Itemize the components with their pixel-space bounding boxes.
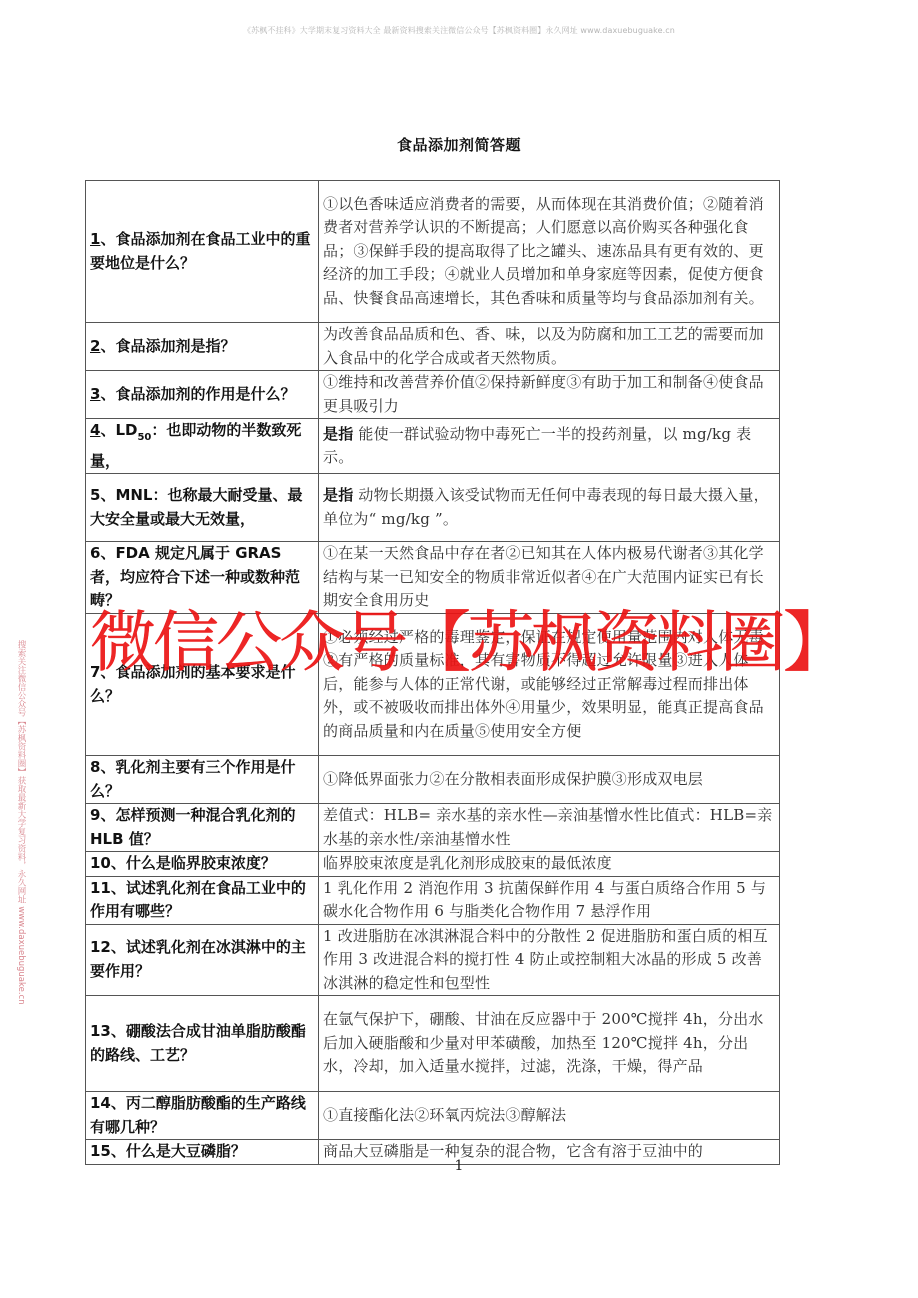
table-row: 10、什么是临界胶束浓度？ 临界胶束浓度是乳化剂形成胶束的最低浓度 xyxy=(86,852,780,877)
question-number: 7 xyxy=(90,663,100,681)
answer-cell: 是指 动物长期摄入该受试物而无任何中毒表现的每日最大摄入量，单位为“ mg/kg… xyxy=(319,474,780,542)
answer-cell: ①直接酯化法②环氧丙烷法③醇解法 xyxy=(319,1092,780,1140)
table-row: 14、丙二醇脂肪酸酯的生产路线有哪几种？ ①直接酯化法②环氧丙烷法③醇解法 xyxy=(86,1092,780,1140)
document-title: 食品添加剂简答题 xyxy=(0,134,918,155)
question-text: 、试述乳化剂在冰淇淋中的主要作用？ xyxy=(90,938,306,980)
table-row: 12、试述乳化剂在冰淇淋中的主要作用？ 1 改进脂肪在冰淇淋混合料中的分散性 2… xyxy=(86,924,780,996)
question-cell: 4、LD50：也即动物的半数致死量， xyxy=(86,419,319,474)
question-text: 、乳化剂主要有三个作用是什么？ xyxy=(90,758,295,800)
question-cell: 8、乳化剂主要有三个作用是什么？ xyxy=(86,756,319,804)
question-text: 、FDA 规定凡属于 GRAS 者，均应符合下述一种或数种范畴？ xyxy=(90,544,300,609)
table-row: 9、怎样预测一种混合乳化剂的 HLB 值？ 差值式：HLB= 亲水基的亲水性—亲… xyxy=(86,804,780,852)
table-row: 8、乳化剂主要有三个作用是什么？ ①降低界面张力②在分散相表面形成保护膜③形成双… xyxy=(86,756,780,804)
question-text: 、怎样预测一种混合乳化剂的 HLB 值？ xyxy=(90,806,295,848)
question-cell: 13、硼酸法合成甘油单脂肪酸酯的路线、工艺？ xyxy=(86,996,319,1092)
question-text: 、硼酸法合成甘油单脂肪酸酯的路线、工艺？ xyxy=(90,1022,306,1064)
answer-cell: 为改善食品品质和色、香、味，以及为防腐和加工工艺的需要而加入食品中的化学合成或者… xyxy=(319,323,780,371)
question-text: 、丙二醇脂肪酸酯的生产路线有哪几种？ xyxy=(90,1094,306,1136)
question-cell: 9、怎样预测一种混合乳化剂的 HLB 值？ xyxy=(86,804,319,852)
question-text: 、食品添加剂的作用是什么？ xyxy=(100,385,295,403)
answer-cell: ①必须经过严格的毒理鉴定，保证在规定使用量范围内对人体无毒②有严格的质量标准，其… xyxy=(319,614,780,756)
table-row: 5、MNL：也称最大耐受量、最大安全量或最大无效量， 是指 动物长期摄入该受试物… xyxy=(86,474,780,542)
answer-cell: 1 改进脂肪在冰淇淋混合料中的分散性 2 促进脂肪和蛋白质的相互作用 3 改进混… xyxy=(319,924,780,996)
answer-text: 能使一群试验动物中毒死亡一半的投药剂量，以 mg/kg 表示。 xyxy=(323,425,751,467)
question-text: 、MNL：也称最大耐受量、最大安全量或最大无效量， xyxy=(90,486,302,528)
question-cell: 11、试述乳化剂在食品工业中的作用有哪些？ xyxy=(86,876,319,924)
page-number: 1 xyxy=(0,1158,918,1174)
answer-cell: 1 乳化作用 2 消泡作用 3 抗菌保鲜作用 4 与蛋白质络合作用 5 与碳水化… xyxy=(319,876,780,924)
question-number: 5 xyxy=(90,486,100,504)
question-cell: 12、试述乳化剂在冰淇淋中的主要作用？ xyxy=(86,924,319,996)
question-number: 12 xyxy=(90,938,111,956)
question-number: 9 xyxy=(90,806,100,824)
answer-lead: 是指 xyxy=(323,486,353,504)
table-row: 13、硼酸法合成甘油单脂肪酸酯的路线、工艺？ 在氩气保护下，硼酸、甘油在反应器中… xyxy=(86,996,780,1092)
question-cell: 3、食品添加剂的作用是什么？ xyxy=(86,371,319,419)
question-number: 4 xyxy=(90,421,100,439)
answer-cell: ①在某一天然食品中存在者②已知其在人体内极易代谢者③其化学结构与某一已知安全的物… xyxy=(319,542,780,614)
answer-cell: 在氩气保护下，硼酸、甘油在反应器中于 200℃搅拌 4h，分出水后加入硬脂酸和少… xyxy=(319,996,780,1092)
question-text: 、什么是临界胶束浓度？ xyxy=(111,854,276,872)
answer-cell: ①以色香味适应消费者的需要，从而体现在其消费价值；②随着消费者对营养学认识的不断… xyxy=(319,181,780,323)
subscript: 50 xyxy=(137,432,151,443)
question-cell: 2、食品添加剂是指？ xyxy=(86,323,319,371)
answer-cell: 是指 能使一群试验动物中毒死亡一半的投药剂量，以 mg/kg 表示。 xyxy=(319,419,780,474)
question-number: 13 xyxy=(90,1022,111,1040)
question-number: 11 xyxy=(90,879,111,897)
table-row: 6、FDA 规定凡属于 GRAS 者，均应符合下述一种或数种范畴？ ①在某一天然… xyxy=(86,542,780,614)
answer-text: 动物长期摄入该受试物而无任何中毒表现的每日最大摄入量，单位为“ mg/kg ”。 xyxy=(323,486,769,528)
question-text: 、食品添加剂的基本要求是什么？ xyxy=(90,663,295,705)
question-cell: 1、食品添加剂在食品工业中的重要地位是什么？ xyxy=(86,181,319,323)
question-number: 8 xyxy=(90,758,100,776)
answer-cell: 临界胶束浓度是乳化剂形成胶束的最低浓度 xyxy=(319,852,780,877)
question-number: 2 xyxy=(90,337,100,355)
side-watermark: 搜索关注微信公众号【苏枫资料圈】获取最新大学复习资料，永久网址 www.daxu… xyxy=(14,640,26,1005)
question-number: 10 xyxy=(90,854,111,872)
question-text: 、试述乳化剂在食品工业中的作用有哪些？ xyxy=(90,879,306,921)
question-text: 、食品添加剂是指？ xyxy=(100,337,235,355)
table-row: 7、食品添加剂的基本要求是什么？ ①必须经过严格的毒理鉴定，保证在规定使用量范围… xyxy=(86,614,780,756)
answer-cell: ①降低界面张力②在分散相表面形成保护膜③形成双电层 xyxy=(319,756,780,804)
question-number: 6 xyxy=(90,544,100,562)
question-number: 1 xyxy=(90,230,100,248)
question-number: 14 xyxy=(90,1094,111,1112)
question-cell: 10、什么是临界胶束浓度？ xyxy=(86,852,319,877)
question-text-prefix: 、LD xyxy=(100,421,137,439)
table-row: 2、食品添加剂是指？ 为改善食品品质和色、香、味，以及为防腐和加工工艺的需要而加… xyxy=(86,323,780,371)
answer-cell: ①维持和改善营养价值②保持新鲜度③有助于加工和制备④使食品更具吸引力 xyxy=(319,371,780,419)
question-text: 、食品添加剂在食品工业中的重要地位是什么？ xyxy=(90,230,310,272)
answer-lead: 是指 xyxy=(323,425,353,443)
question-cell: 14、丙二醇脂肪酸酯的生产路线有哪几种？ xyxy=(86,1092,319,1140)
question-cell: 5、MNL：也称最大耐受量、最大安全量或最大无效量， xyxy=(86,474,319,542)
table-row: 11、试述乳化剂在食品工业中的作用有哪些？ 1 乳化作用 2 消泡作用 3 抗菌… xyxy=(86,876,780,924)
table-row: 3、食品添加剂的作用是什么？ ①维持和改善营养价值②保持新鲜度③有助于加工和制备… xyxy=(86,371,780,419)
table-row: 1、食品添加剂在食品工业中的重要地位是什么？ ①以色香味适应消费者的需要，从而体… xyxy=(86,181,780,323)
header-watermark-banner: 《苏枫不挂科》大学期末复习资料大全 最新资料搜索关注微信公众号【苏枫资料圈】永久… xyxy=(0,25,918,36)
table-row: 4、LD50：也即动物的半数致死量， 是指 能使一群试验动物中毒死亡一半的投药剂… xyxy=(86,419,780,474)
qa-table: 1、食品添加剂在食品工业中的重要地位是什么？ ①以色香味适应消费者的需要，从而体… xyxy=(85,180,780,1165)
question-cell: 6、FDA 规定凡属于 GRAS 者，均应符合下述一种或数种范畴？ xyxy=(86,542,319,614)
question-cell: 7、食品添加剂的基本要求是什么？ xyxy=(86,614,319,756)
answer-cell: 差值式：HLB= 亲水基的亲水性—亲油基憎水性比值式：HLB=亲水基的亲水性/亲… xyxy=(319,804,780,852)
question-number: 3 xyxy=(90,385,100,403)
